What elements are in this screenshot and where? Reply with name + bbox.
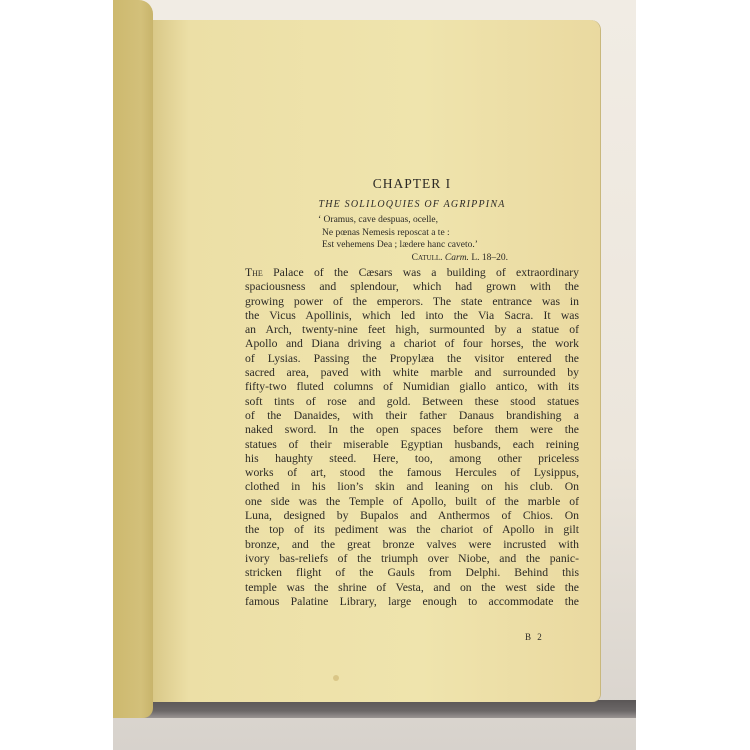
body-line: of Lysias. Passing the Propylæa the visi… — [245, 352, 579, 366]
body-line: growing power of the emperors. The state… — [245, 295, 579, 309]
body-line: naked sword. In the open spaces before t… — [245, 423, 579, 437]
left-page-edge — [113, 0, 153, 718]
body-line: of the Danaides, with their father Danau… — [245, 409, 579, 423]
body-line: soft tints of rose and gold. Between the… — [245, 395, 579, 409]
body-line: fifty-two fluted columns of Numidian gia… — [245, 380, 579, 394]
epigraph-line: ‘ Oramus, cave despuas, ocelle, — [318, 214, 508, 227]
chapter-heading: CHAPTER I — [245, 176, 579, 192]
body-line: ivory bas-reliefs of the triumph over Ni… — [245, 552, 579, 566]
body-line: statues of their miserable Egyptian husb… — [245, 438, 579, 452]
body-line: bronze, and the great bronze valves were… — [245, 538, 579, 552]
body-line: spaciousness and splendour, which had gr… — [245, 280, 579, 294]
epigraph-citation: Catull. Carm. L. 18–20. — [318, 252, 508, 265]
book-page: CHAPTER I THE SOLILOQUIES OF AGRIPPINA ‘… — [153, 20, 600, 702]
body-line: works of art, stood the famous Hercules … — [245, 466, 579, 480]
foxing-spot — [333, 675, 339, 681]
body-line: temple was the shrine of Vesta, and on t… — [245, 581, 579, 595]
citation-reference: L. 18–20. — [471, 253, 508, 263]
book-cover-edge — [113, 700, 636, 718]
citation-author: Catull. — [412, 253, 443, 263]
citation-work: Carm. — [445, 253, 469, 263]
epigraph: ‘ Oramus, cave despuas, ocelle, Ne pœnas… — [318, 214, 508, 264]
body-line: his haughty steed. Here, too, among othe… — [245, 452, 579, 466]
body-line: clothed in his lion’s skin and leaning o… — [245, 480, 579, 494]
body-line: The Palace of the Cæsars was a building … — [245, 266, 579, 280]
signature-mark: B 2 — [525, 632, 544, 642]
body-line: famous Palatine Library, large enough to… — [245, 595, 579, 609]
body-line: an Arch, twenty-nine feet high, surmount… — [245, 323, 579, 337]
chapter-title: THE SOLILOQUIES OF AGRIPPINA — [245, 199, 579, 210]
body-line: Luna, designed by Bupalos and Anthermos … — [245, 509, 579, 523]
body-line: one side was the Temple of Apollo, built… — [245, 495, 579, 509]
epigraph-line: Ne pœnas Nemesis reposcat a te : — [318, 227, 508, 240]
body-line: the Vicus Apollinis, which led into the … — [245, 309, 579, 323]
epigraph-line: Est vehemens Dea ; lædere hanc caveto.’ — [318, 239, 508, 252]
opening-word: The — [245, 266, 263, 279]
book-photo: CHAPTER I THE SOLILOQUIES OF AGRIPPINA ‘… — [113, 0, 636, 750]
body-line: the top of its pediment was the chariot … — [245, 523, 579, 537]
body-line: stricken flight of the Gauls from Delphi… — [245, 566, 579, 580]
body-line: sacred area, paved with white marble and… — [245, 366, 579, 380]
body-paragraph: The Palace of the Cæsars was a building … — [245, 266, 579, 609]
body-line: Apollo and Diana driving a chariot of fo… — [245, 337, 579, 351]
